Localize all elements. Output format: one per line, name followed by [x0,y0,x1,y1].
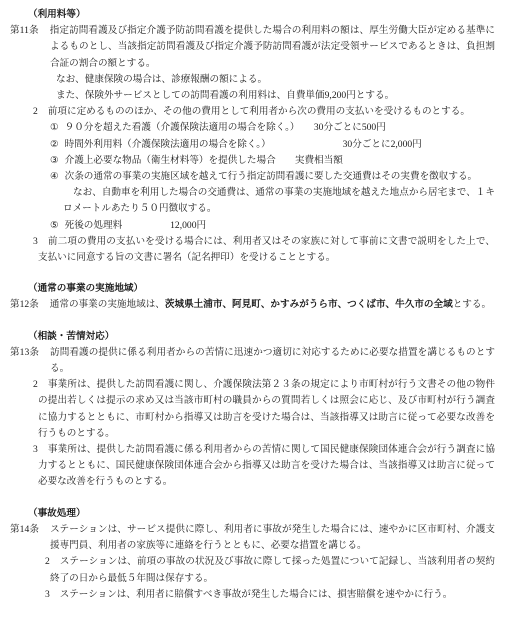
block-text: また、保険外サービスとしての訪問看護の利用料は、自費単価9,200円とする。 [56,90,394,101]
block-text: 訪問看護の提供に係る利用者からの苦情に迅速かつ適切に対応するために必要な措置を講… [50,347,495,374]
document-body: （利用料等） 第11条指定訪問看護及び指定介護予防訪問看護を提供した場合の利用料… [10,7,495,603]
block-text: （相談・苦情対応） [28,331,114,342]
block-text: ステーションは、前項の事故の状況及び事故に際して採った処置について記録し、当該利… [50,556,495,583]
clause-paragraph: 2前項に定めるもののほか、その他の費用として利用者から次の費用の支払いを受けるも… [10,104,495,120]
block-label: 第11条 [10,25,39,36]
block-label: 第12条 [10,299,39,310]
block-text: なお、自動車を利用した場合の交通費は、通常の事業の実施地域を越えた地点から居宅ま… [63,187,495,214]
article-paragraph: 第13条訪問看護の提供に係る利用者からの苦情に迅速かつ適切に対応するために必要な… [10,345,495,377]
block-text: 前項に定めるもののほか、その他の費用として利用者から次の費用の支払いを受けるもの… [48,106,470,117]
section-heading: （通常の事業の実施地域） [10,281,495,297]
block-label: ① [50,122,59,133]
block-text: （利用料等） [28,9,86,20]
block-label: 2 [33,106,38,117]
block-label: 第13条 [10,347,39,358]
section-heading: （事故処理） [10,506,495,522]
article-note: なお、健康保険の場合は、診療報酬の額による。 [10,72,495,88]
fee-item: ②時間外利用料（介護保険法適用の場合を除く。） 30分ごとに2,000円 [10,137,495,153]
block-text: （通常の事業の実施地域） [28,283,143,294]
block-label: ⑤ [50,220,59,231]
clause-paragraph: 2事業所は、提供した訪問看護に関し、介護保険法第２３条の規定により市町村が行う文… [10,377,495,442]
block-label: 2 [33,379,38,390]
section-heading: （相談・苦情対応） [10,329,495,345]
contract-document-page: （利用料等） 第11条指定訪問看護及び指定介護予防訪問看護を提供した場合の利用料… [0,0,505,642]
clause-paragraph: 2ステーションは、前項の事故の状況及び事故に際して採った処置について記録し、当該… [10,554,495,586]
section-heading: （利用料等） [10,7,495,23]
block-text: 指定訪問看護及び指定介護予防訪問看護を提供した場合の利用料の額は、厚生労働大臣が… [50,25,495,68]
block-label: ④ [50,171,59,182]
fee-item: ③介護上必要な物品（衛生材料等）を提供した場合 実費相当額 [10,153,495,169]
block-text-segment: 通常の事業の実施地域は、 [50,299,165,310]
service-area-emphasis: 茨城県土浦市、阿見町、かすみがうら市、つくば市、牛久市の全域 [165,299,453,310]
block-label: ③ [50,155,59,166]
article-note: また、保険外サービスとしての訪問看護の利用料は、自費単価9,200円とする。 [10,88,495,104]
fee-item: ⑤死後の処理料 12,000円 [10,218,495,234]
block-text: ９０分を超えた看護（介護保険法適用の場合を除く。） 30分ごとに500円 [65,122,386,133]
clause-paragraph: 3事業所は、提供した訪問看護に係る利用者からの苦情に関して国民健康保険団体連合会… [10,442,495,491]
block-text: 介護上必要な物品（衛生材料等）を提供した場合 実費相当額 [65,155,343,166]
block-text-segment: とする。 [453,299,491,310]
block-label: 3 [45,589,50,600]
block-text: 前二項の費用の支払いを受ける場合には、利用者又はその家族に対して事前に文書で説明… [38,236,495,263]
block-text: 死後の処理料 12,000円 [65,220,207,231]
clause-paragraph: 3ステーションは、利用者に賠償すべき事故が発生した場合には、損害賠償を速やかに行… [10,587,495,603]
block-label: 2 [45,556,50,567]
block-text: ステーションは、サービス提供に際し、利用者に事故が発生した場合には、速やかに区市… [50,524,495,551]
block-label: ② [50,139,59,150]
block-text: 時間外利用料（介護保険法適用の場合を除く。） 30分ごとに2,000円 [65,139,422,150]
block-label: 3 [33,444,38,455]
clause-paragraph: 3前二項の費用の支払いを受ける場合には、利用者又はその家族に対して事前に文書で説… [10,234,495,266]
block-label: 3 [33,236,38,247]
fee-item-note: なお、自動車を利用した場合の交通費は、通常の事業の実施地域を越えた地点から居宅ま… [10,185,495,217]
fee-item: ①９０分を超えた看護（介護保険法適用の場合を除く。） 30分ごとに500円 [10,120,495,136]
block-text: 次条の通常の事業の実施区域を越えて行う指定訪問看護に要した交通費はその実費を徴収… [65,171,478,182]
block-text: 通常の事業の実施地域は、茨城県土浦市、阿見町、かすみがうら市、つくば市、牛久市の… [50,299,491,310]
block-text: （事故処理） [28,508,86,519]
article-paragraph: 第14条ステーションは、サービス提供に際し、利用者に事故が発生した場合には、速や… [10,522,495,554]
article-paragraph: 第11条指定訪問看護及び指定介護予防訪問看護を提供した場合の利用料の額は、厚生労… [10,23,495,72]
block-text: 事業所は、提供した訪問看護に係る利用者からの苦情に関して国民健康保険団体連合会が… [38,444,495,487]
fee-item: ④次条の通常の事業の実施区域を越えて行う指定訪問看護に要した交通費はその実費を徴… [10,169,495,185]
block-text: 事業所は、提供した訪問看護に関し、介護保険法第２３条の規定により市町村が行う文書… [38,379,495,439]
block-text: なお、健康保険の場合は、診療報酬の額による。 [56,74,267,85]
article-paragraph: 第12条通常の事業の実施地域は、茨城県土浦市、阿見町、かすみがうら市、つくば市、… [10,297,495,313]
block-label: 第14条 [10,524,39,535]
block-text: ステーションは、利用者に賠償すべき事故が発生した場合には、損害賠償を速やかに行う… [60,589,453,600]
